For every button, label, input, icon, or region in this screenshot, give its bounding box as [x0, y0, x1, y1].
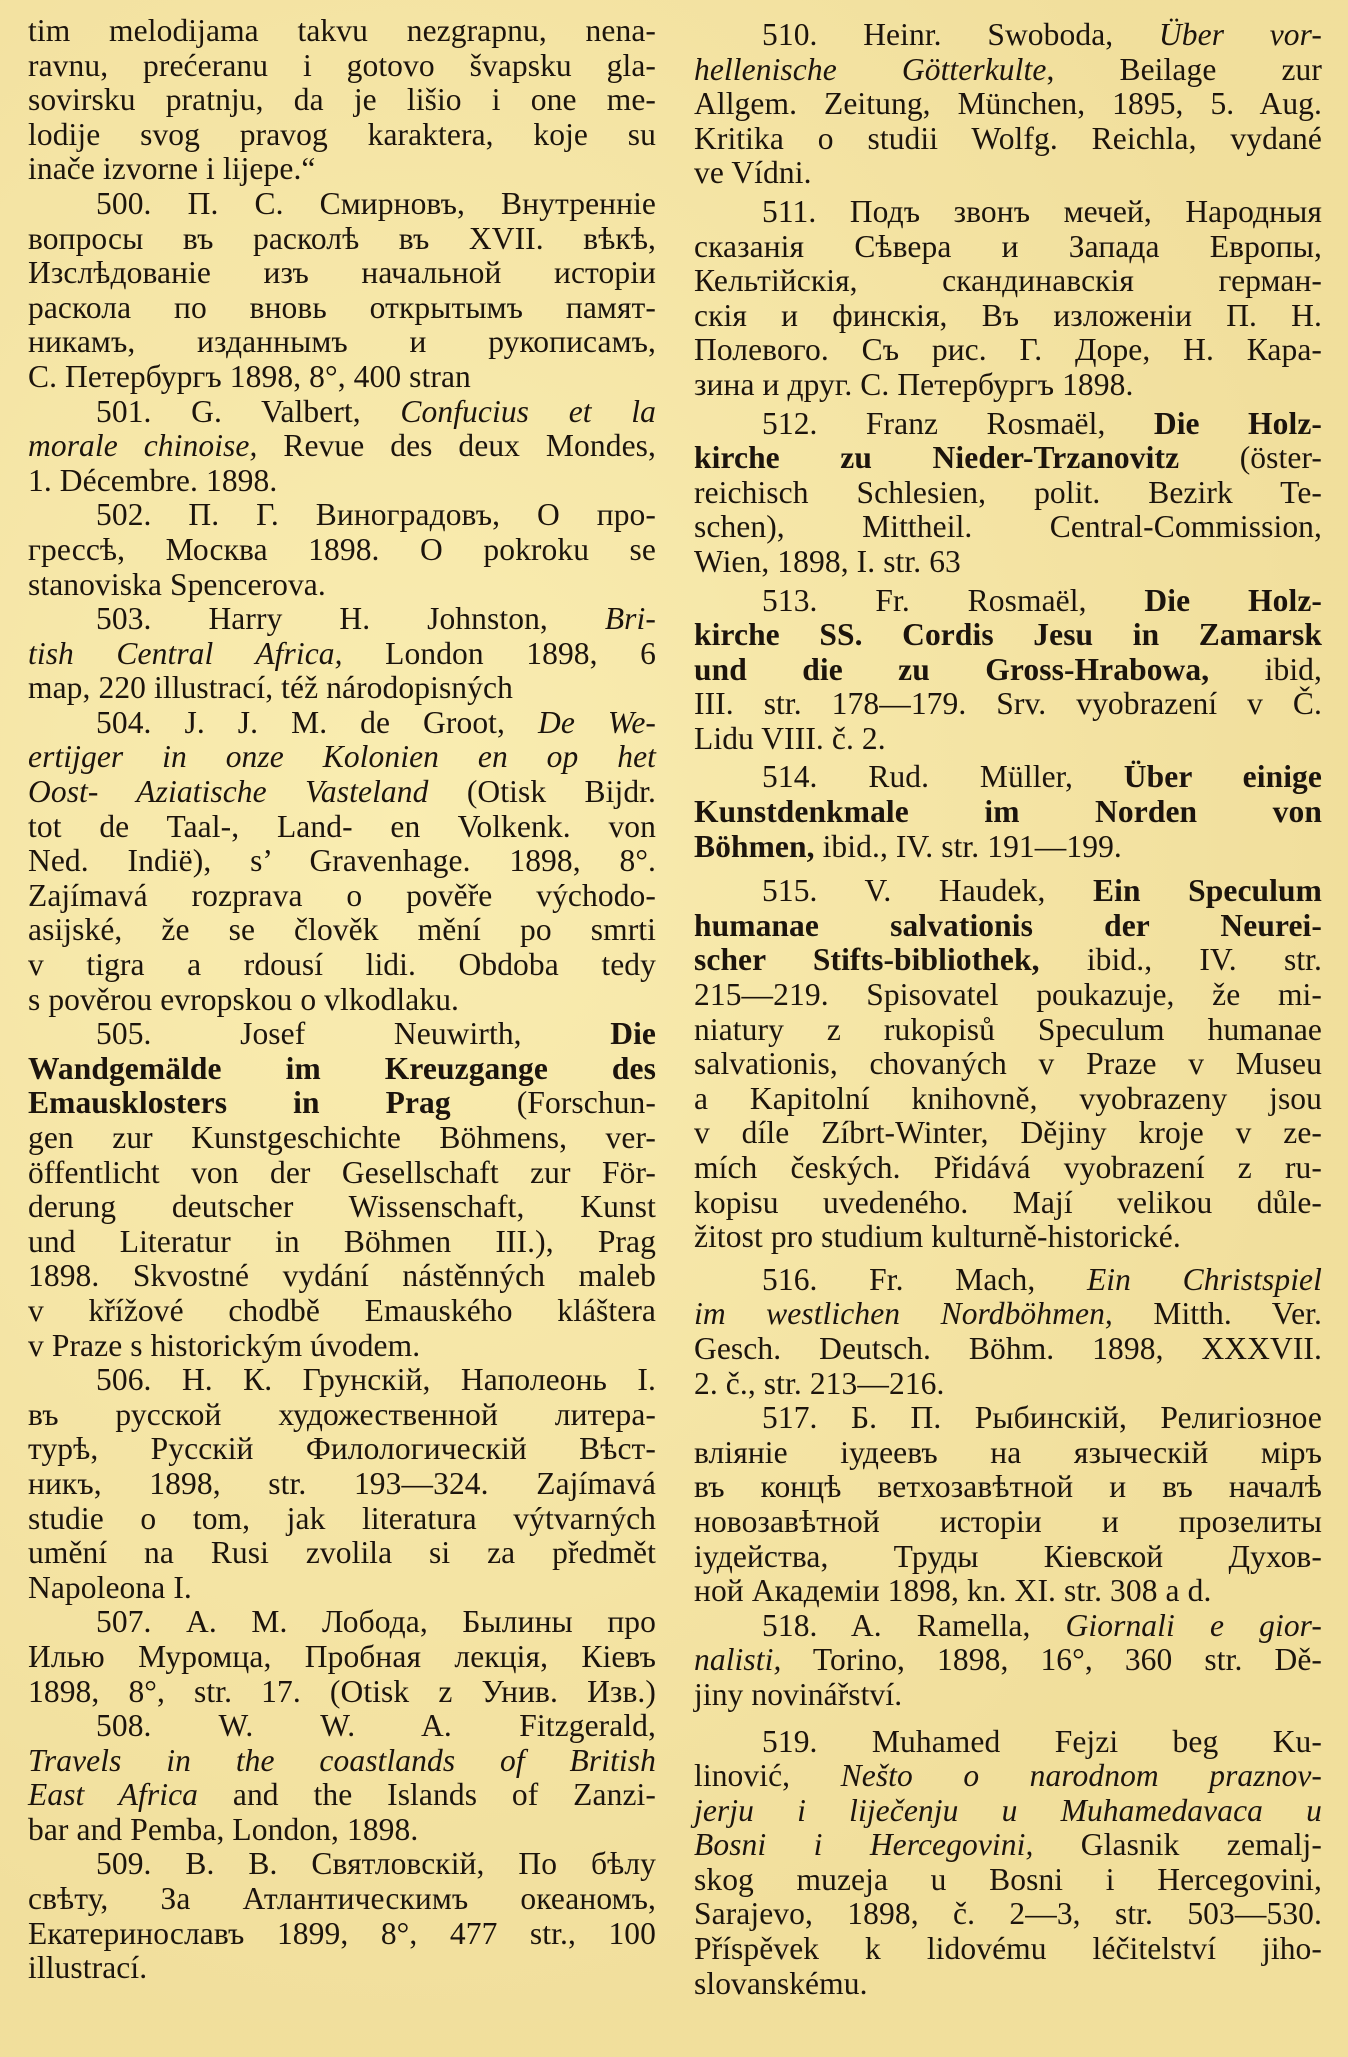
- title: Ein Christspiel: [1087, 1262, 1322, 1297]
- entry-505: 505. Josef Neuwirth, Die Wandgemälde im …: [28, 1017, 656, 1363]
- title: Emausklosters in Prag: [28, 1085, 451, 1120]
- entry-516: 516. Fr. Mach, Ein Christspiel im westli…: [694, 1263, 1322, 1401]
- source: Mitth. Ver.: [1113, 1296, 1322, 1331]
- text-line: morale chinoise, Revue des deux Mondes,: [28, 429, 656, 464]
- text-line: никъ, 1898, str. 193—324. Zajímavá: [28, 1467, 656, 1502]
- text-line: 515. V. Haudek, Ein Speculum: [694, 874, 1322, 909]
- text-line: derung deutscher Wissenschaft, Kunst: [28, 1190, 656, 1225]
- entry-502: 502. П. Г. Виноградовъ, О про- грессѣ, М…: [28, 498, 656, 602]
- text-line: jerju i liječenju u Muhamedavaca u: [694, 1794, 1322, 1829]
- text-line: Emausklosters in Prag (Forschun-: [28, 1086, 656, 1121]
- text-line: skog muzeja u Bosni i Hercegovini,: [694, 1863, 1322, 1898]
- entry-511: 511. Подъ звонъ мечей, Народныя сказанія…: [694, 195, 1322, 403]
- source: (Forschun-: [451, 1085, 656, 1120]
- text-line: никамъ, изданнымъ и рукописамъ,: [28, 325, 656, 360]
- title: und die zu Gross-Hrabowa,: [694, 652, 1209, 687]
- author: 504. J. J. M. de Groot,: [96, 705, 538, 740]
- title: Die: [610, 1016, 656, 1051]
- text-line: Екатеринославъ 1899, 8°, 477 str., 100: [28, 1917, 656, 1952]
- text-line: свѣту, За Атлантическимъ океаномъ,: [28, 1882, 656, 1917]
- title: Über einige: [1124, 759, 1322, 794]
- text-line: im westlichen Nordböhmen, Mitth. Ver.: [694, 1297, 1322, 1332]
- text-line: a Kapitolní knihovně, vyobrazeny jsou: [694, 1082, 1322, 1117]
- text-line: nalisti, Torino, 1898, 16°, 360 str. Dě-: [694, 1643, 1322, 1678]
- source: (öster-: [1179, 440, 1322, 475]
- text-line: Кельтійскія, скандинавскія герман-: [694, 264, 1322, 299]
- source: ibid., IV. str.: [1040, 942, 1322, 977]
- text-line: scher Stifts-bibliothek, ibid., IV. str.: [694, 943, 1322, 978]
- text-line: 517. Б. П. Рыбинскій, Религіозное: [694, 1401, 1322, 1436]
- text-line: вліяніе іудеевъ на языческій міръ: [694, 1436, 1322, 1471]
- text-line: въ концѣ ветхозавѣтной и въ началѣ: [694, 1470, 1322, 1505]
- text-line: v tigra a rdousí lidi. Obdoba tedy: [28, 948, 656, 983]
- source: ibid,: [1209, 652, 1322, 687]
- text-line: stanoviska Spencerova.: [28, 568, 656, 603]
- text-line: 507. А. М. Лобода, Былины про: [28, 1605, 656, 1640]
- text-line: sovirsku pratnju, da je lišio i one me-: [28, 83, 656, 118]
- text-line: Илью Муромца, Пробная лекція, Кіевъ: [28, 1640, 656, 1675]
- text-line: Wien, 1898, I. str. 63: [694, 545, 1322, 580]
- text-line: jiny novinářství.: [694, 1678, 1322, 1713]
- title: kirche zu Nieder-Trzanovitz: [694, 440, 1179, 475]
- text-line: Ned. Indië), s’ Gravenhage. 1898, 8°.: [28, 844, 656, 879]
- author: 505. Josef Neuwirth,: [96, 1016, 610, 1051]
- author: 513. Fr. Rosmaël,: [762, 583, 1144, 618]
- text-line: 509. В. В. Святловскій, По бѣлу: [28, 1847, 656, 1882]
- text-line: Böhmen, ibid., IV. str. 191—199.: [694, 830, 1322, 865]
- text-line: kirche SS. Cordis Jesu in Zamarsk: [694, 618, 1322, 653]
- entry-510: 510. Heinr. Swoboda, Über vor- hellenisc…: [694, 18, 1322, 191]
- text-line: lodije svog pravog karaktera, koje su: [28, 118, 656, 153]
- entry-508: 508. W. W. A. Fitzgerald, Travels in the…: [28, 1709, 656, 1847]
- text-line: kirche zu Nieder-Trzanovitz (öster-: [694, 441, 1322, 476]
- text-line: III. str. 178—179. Srv. vyobrazení v Č.: [694, 687, 1322, 722]
- author: 501. G. Valbert,: [96, 394, 400, 429]
- text-line: 501. G. Valbert, Confucius et la: [28, 395, 656, 430]
- text-line: Napoleona I.: [28, 1571, 656, 1606]
- text-line: вопросы въ расколѣ въ XVII. вѣкѣ,: [28, 222, 656, 257]
- text-line: inače izvorne i lijepe.“: [28, 152, 656, 187]
- text-line: gen zur Kunstgeschichte Böhmens, ver-: [28, 1121, 656, 1156]
- title: East Africa: [28, 1777, 198, 1812]
- text-line: Полевого. Съ рис. Г. Доре, Н. Кара-: [694, 333, 1322, 368]
- entry-518: 518. A. Ramella, Giornali e gior- nalist…: [694, 1609, 1322, 1713]
- text-line: Изслѣдованіе изъ начальной исторіи: [28, 256, 656, 291]
- text-line: Zajímavá rozprava o pověře východo-: [28, 879, 656, 914]
- title: tish Central Africa,: [28, 636, 343, 671]
- author: 514. Rud. Müller,: [762, 759, 1124, 794]
- text-line: 513. Fr. Rosmaël, Die Holz-: [694, 584, 1322, 619]
- text-line: скія и финскія, Въ изложеніи П. Н.: [694, 299, 1322, 334]
- source: and the Islands of Zanzi-: [198, 1777, 656, 1812]
- text-line: 516. Fr. Mach, Ein Christspiel: [694, 1263, 1322, 1298]
- left-column: tim melodijama takvu nezgrapnu, nena- ra…: [28, 14, 656, 1986]
- text-line: und die zu Gross-Hrabowa, ibid,: [694, 653, 1322, 688]
- text-line: Bosni i Hercegovini, Glasnik zemalj-: [694, 1828, 1322, 1863]
- text-line: v Praze s historickým úvodem.: [28, 1329, 656, 1364]
- text-line: studie o tom, jak literatura výtvarných: [28, 1502, 656, 1537]
- text-line: 1898, 8°, str. 17. (Otisk z Унив. Изв.): [28, 1675, 656, 1710]
- text-line: ravnu, prećeranu i gotovo švapsku gla-: [28, 49, 656, 84]
- author: 512. Franz Rosmaël,: [762, 406, 1154, 441]
- title: morale chinoise,: [28, 428, 257, 463]
- title: Die Holz-: [1144, 583, 1322, 618]
- author: 510. Heinr. Swoboda,: [762, 17, 1159, 52]
- text-line: s pověrou evropskou o vlkodlaku.: [28, 983, 656, 1018]
- text-line: въ русской художественной литера-: [28, 1398, 656, 1433]
- title: Nešto o narodnom praznov-: [841, 1758, 1322, 1793]
- text-line: новозавѣтной исторіи и прозелиты: [694, 1505, 1322, 1540]
- title: im westlichen Nordböhmen,: [694, 1296, 1113, 1331]
- text-line: tot de Taal-, Land- en Volkenk. von: [28, 810, 656, 845]
- entry-512: 512. Franz Rosmaël, Die Holz- kirche zu …: [694, 407, 1322, 580]
- entry-501: 501. G. Valbert, Confucius et la morale …: [28, 395, 656, 499]
- text-line: tim melodijama takvu nezgrapnu, nena-: [28, 14, 656, 49]
- text-line: 514. Rud. Müller, Über einige: [694, 760, 1322, 795]
- text-line: 518. A. Ramella, Giornali e gior-: [694, 1609, 1322, 1644]
- text-line: 1898. Skvostné vydání nástěnných maleb: [28, 1259, 656, 1294]
- title: scher Stifts-bibliothek,: [694, 942, 1040, 977]
- text-line: турѣ, Русскій Филологическій Вѣст-: [28, 1432, 656, 1467]
- text-line: Sarajevo, 1898, č. 2—3, str. 503—530.: [694, 1897, 1322, 1932]
- text-line: v díle Zíbrt-Winter, Dějiny kroje v ze-: [694, 1116, 1322, 1151]
- text-line: linović, Nešto o narodnom praznov-: [694, 1759, 1322, 1794]
- author: linović,: [694, 1758, 841, 1793]
- source: London 1898, 6: [343, 636, 656, 671]
- title: Über vor-: [1159, 17, 1322, 52]
- source: (Otisk Bijdr.: [428, 774, 656, 809]
- title: nalisti,: [694, 1642, 781, 1677]
- entry-500: 500. П. С. Смирновъ, Внутренніе вопросы …: [28, 187, 656, 395]
- title: Bosni i Hercegovini,: [694, 1827, 1033, 1862]
- text-line: ve Vídni.: [694, 156, 1322, 191]
- entry-514: 514. Rud. Müller, Über einige Kunstdenkm…: [694, 760, 1322, 864]
- text-line: сказанія Сѣвера и Запада Европы,: [694, 230, 1322, 265]
- author: 503. Harry H. Johnston,: [96, 601, 605, 636]
- text-line: 512. Franz Rosmaël, Die Holz-: [694, 407, 1322, 442]
- text-line: v křížové chodbě Emauského kláštera: [28, 1294, 656, 1329]
- text-line: 505. Josef Neuwirth, Die: [28, 1017, 656, 1052]
- text-line: Kritika o studii Wolfg. Reichla, vydané: [694, 122, 1322, 157]
- text-line: 502. П. Г. Виноградовъ, О про-: [28, 498, 656, 533]
- text-line: 1. Décembre. 1898.: [28, 464, 656, 499]
- text-line: зина и друг. С. Петербургъ 1898.: [694, 368, 1322, 403]
- title: Oost- Aziatische Vasteland: [28, 774, 428, 809]
- text-line: slovanskému.: [694, 1967, 1322, 2002]
- author: 518. A. Ramella,: [762, 1608, 1066, 1643]
- source: Torino, 1898, 16°, 360 str. Dě-: [781, 1642, 1322, 1677]
- text-line: tish Central Africa, London 1898, 6: [28, 637, 656, 672]
- author: 515. V. Haudek,: [762, 873, 1093, 908]
- entry-515: 515. V. Haudek, Ein Speculum humanae sal…: [694, 874, 1322, 1255]
- entry-513: 513. Fr. Rosmaël, Die Holz- kirche SS. C…: [694, 584, 1322, 757]
- text-line: 506. Н. К. Грунскій, Наполеонь I.: [28, 1363, 656, 1398]
- right-column: 510. Heinr. Swoboda, Über vor- hellenisc…: [694, 14, 1322, 2001]
- entry-507: 507. А. М. Лобода, Былины про Илью Муром…: [28, 1605, 656, 1709]
- text-line: kopisu uvedeného. Mají velikou důle-: [694, 1186, 1322, 1221]
- text-line: 503. Harry H. Johnston, Bri-: [28, 602, 656, 637]
- title: Confucius et la: [400, 394, 656, 429]
- entry-517: 517. Б. П. Рыбинскій, Религіозное вліяні…: [694, 1401, 1322, 1609]
- text-line: Kunstdenkmale im Norden von: [694, 795, 1322, 830]
- text-line: 2. č., str. 213—216.: [694, 1367, 1322, 1402]
- text-line: humanae salvationis der Neurei-: [694, 909, 1322, 944]
- text-line: East Africa and the Islands of Zanzi-: [28, 1778, 656, 1813]
- text-line: asijské, že se člověk mění po smrti: [28, 913, 656, 948]
- title: De We-: [538, 705, 656, 740]
- text-line: 519. Muhamed Fejzi beg Ku-: [694, 1725, 1322, 1760]
- text-line: ertijger in onze Kolonien en op het: [28, 740, 656, 775]
- source: Glasnik zemalj-: [1033, 1827, 1322, 1862]
- title: Bri-: [605, 601, 656, 636]
- bibliography-page: tim melodijama takvu nezgrapnu, nena- ra…: [0, 0, 1348, 2057]
- entry-509: 509. В. В. Святловскій, По бѣлу свѣту, З…: [28, 1847, 656, 1985]
- source: , Beilage zur: [1046, 52, 1322, 87]
- text-line: salvationis, chovaných v Praze v Museu: [694, 1047, 1322, 1082]
- text-line: іудейства, Труды Кіевской Духов-: [694, 1540, 1322, 1575]
- text-line: 504. J. J. M. de Groot, De We-: [28, 706, 656, 741]
- text-line: Oost- Aziatische Vasteland (Otisk Bijdr.: [28, 775, 656, 810]
- text-line: Allgem. Zeitung, München, 1895, 5. Aug.: [694, 87, 1322, 122]
- text-line: reichisch Schlesien, polit. Bezirk Te-: [694, 476, 1322, 511]
- text-line: Příspěvek k lidovému léčitelství jiho-: [694, 1932, 1322, 1967]
- text-line: 508. W. W. A. Fitzgerald,: [28, 1709, 656, 1744]
- title: Ein Speculum: [1093, 873, 1322, 908]
- source: Revue des deux Mondes,: [257, 428, 656, 463]
- entry-506: 506. Н. К. Грунскій, Наполеонь I. въ рус…: [28, 1363, 656, 1605]
- text-line: Lidu VIII. č. 2.: [694, 722, 1322, 757]
- text-line: Travels in the coastlands of British: [28, 1744, 656, 1779]
- entry-503: 503. Harry H. Johnston, Bri- tish Centra…: [28, 602, 656, 706]
- text-line: öffentlicht von der Gesellschaft zur För…: [28, 1156, 656, 1191]
- title: Die Holz-: [1154, 406, 1322, 441]
- text-line: bar and Pemba, London, 1898.: [28, 1813, 656, 1848]
- text-line: 215—219. Spisovatel poukazuje, že mi-: [694, 978, 1322, 1013]
- text-line: 511. Подъ звонъ мечей, Народныя: [694, 195, 1322, 230]
- text-line: mích českých. Přidává vyobrazení z ru-: [694, 1151, 1322, 1186]
- source: ibid., IV. str. 191—199.: [815, 829, 1122, 864]
- text-line: illustrací.: [28, 1951, 656, 1986]
- text-line: раскола по вновь открытымъ памят-: [28, 291, 656, 326]
- text-line: žitost pro studium kulturně-historické.: [694, 1220, 1322, 1255]
- text-line: ной Академіи 1898, kn. XI. str. 308 a d.: [694, 1574, 1322, 1609]
- text-line: map, 220 illustrací, též národopisných: [28, 671, 656, 706]
- author: 516. Fr. Mach,: [762, 1262, 1087, 1297]
- text-line: niatury z rukopisů Speculum humanae: [694, 1013, 1322, 1048]
- text-line: С. Петербургъ 1898, 8°, 400 stran: [28, 360, 656, 395]
- text-line: umění na Rusi zvolila si za předmět: [28, 1536, 656, 1571]
- text-line: schen), Mittheil. Central-Commission,: [694, 510, 1322, 545]
- text-line: Gesch. Deutsch. Böhm. 1898, XXXVII.: [694, 1332, 1322, 1367]
- continuation-paragraph: tim melodijama takvu nezgrapnu, nena- ra…: [28, 14, 656, 187]
- text-line: Wandgemälde im Kreuzgange des: [28, 1052, 656, 1087]
- title: Böhmen,: [694, 829, 815, 864]
- title: hellenische Götterkulte: [694, 52, 1046, 87]
- entry-504: 504. J. J. M. de Groot, De We- ertijger …: [28, 706, 656, 1017]
- title: Giornali e gior-: [1066, 1608, 1322, 1643]
- text-line: hellenische Götterkulte, Beilage zur: [694, 53, 1322, 88]
- entry-519: 519. Muhamed Fejzi beg Ku- linović, Nešt…: [694, 1725, 1322, 2002]
- text-line: 510. Heinr. Swoboda, Über vor-: [694, 18, 1322, 53]
- text-line: und Literatur in Böhmen III.), Prag: [28, 1225, 656, 1260]
- text-line: 500. П. С. Смирновъ, Внутренніе: [28, 187, 656, 222]
- text-line: грессѣ, Москва 1898. O pokroku se: [28, 533, 656, 568]
